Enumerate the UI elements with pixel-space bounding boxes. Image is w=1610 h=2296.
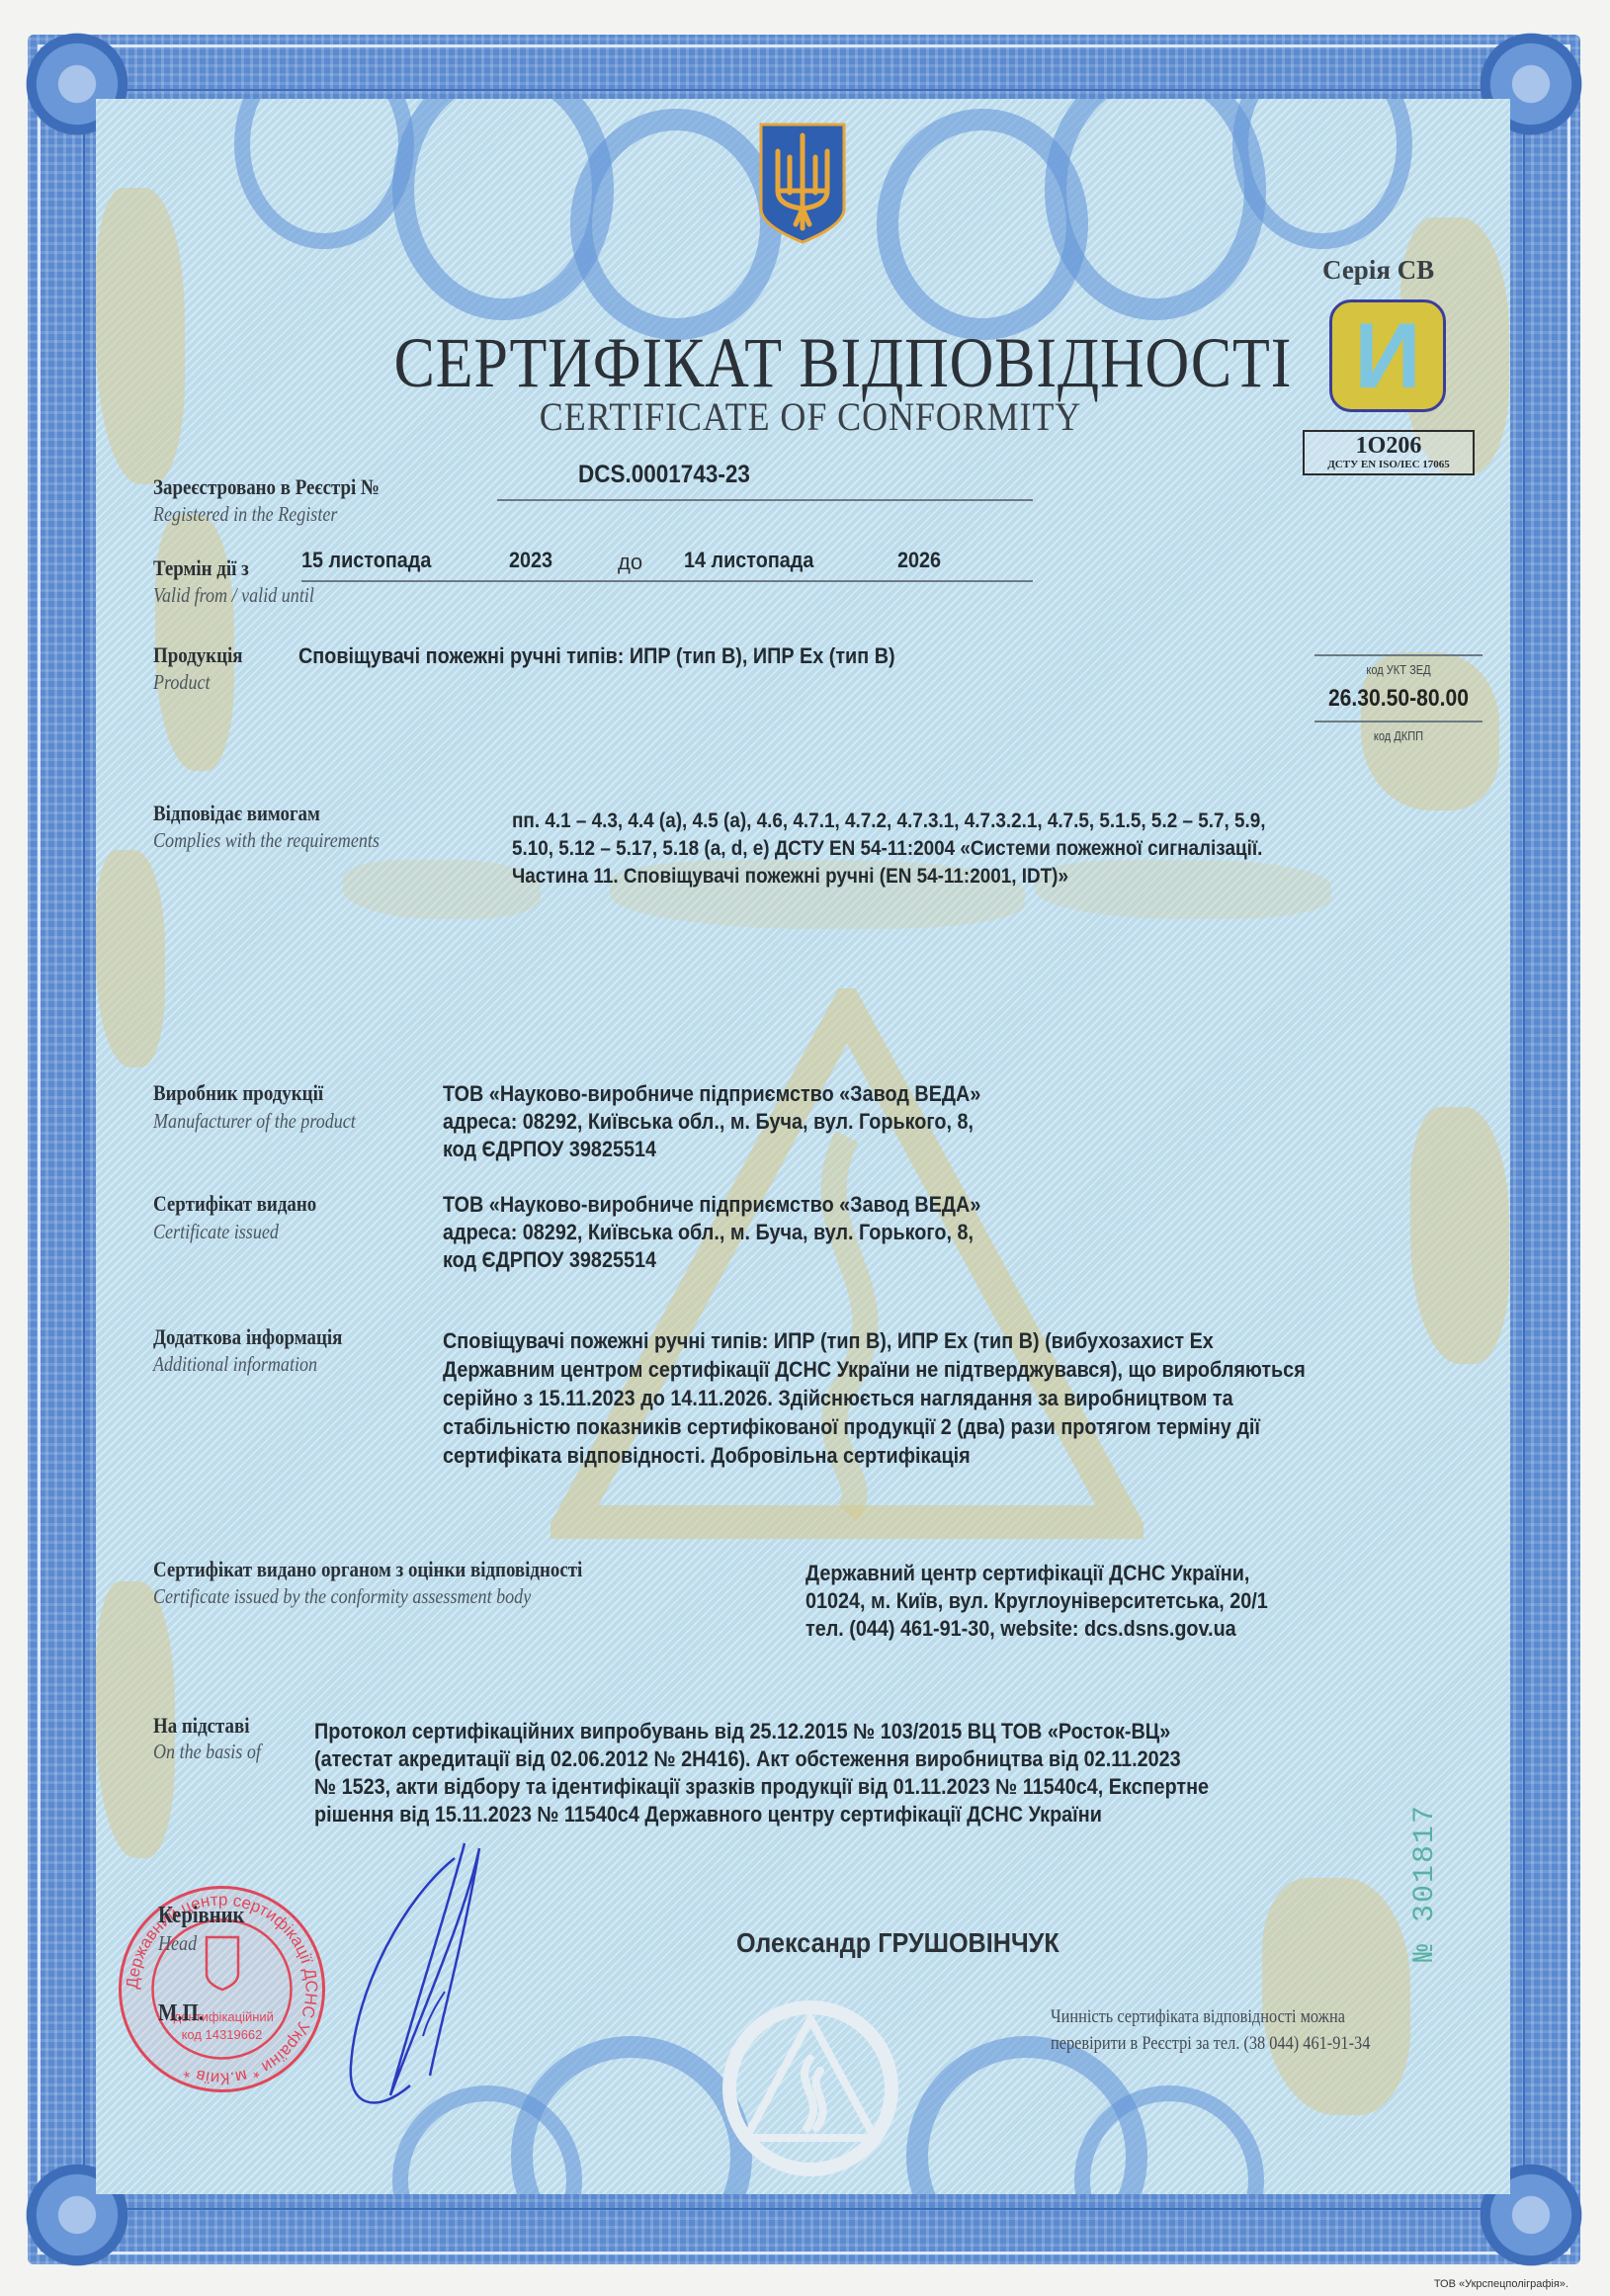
- basis-line: № 1523, акти відбору та ідентифікації зр…: [314, 1773, 1209, 1801]
- blank-serial-number: № 301817: [1408, 1804, 1442, 1962]
- verification-note-line: Чинність сертифіката відповідності можна: [1051, 2003, 1370, 2030]
- manufacturer-text: ТОВ «Науково-виробниче підприємство «Зав…: [443, 1080, 1041, 1163]
- issued-to-label-en: Certificate issued: [153, 1220, 279, 1244]
- issued-to-address: адреса: 08292, Київська обл., м. Буча, в…: [443, 1219, 980, 1246]
- additional-label-uk: Додаткова інформація: [153, 1324, 342, 1350]
- background-pattern: [96, 188, 185, 484]
- body-label-en: Certificate issued by the conformity ass…: [153, 1584, 531, 1609]
- product-code-box: код УКТ ЗЕД 26.30.50-80.00 код ДКПП: [1314, 654, 1483, 743]
- additional-line: стабільністю показників сертифікованої п…: [443, 1412, 1306, 1441]
- valid-until-year: 2026: [897, 547, 941, 574]
- accreditation-standard: ДСТУ EN ISO/IEC 17065: [1305, 458, 1473, 471]
- valid-until-date: 14 листопада: [684, 547, 813, 574]
- product-code: 26.30.50-80.00: [1324, 685, 1473, 713]
- product-label-en: Product: [153, 670, 211, 695]
- basis-line: Протокол сертифікаційних випробувань від…: [314, 1718, 1209, 1745]
- validity-label-uk: Термін дії з: [153, 555, 249, 581]
- manufacturer-label-en: Manufacturer of the product: [153, 1109, 356, 1134]
- certificate-title-uk: СЕРТИФІКАТ ВІДПОВІДНОСТІ: [394, 322, 1228, 404]
- background-pattern: [1262, 1878, 1410, 2115]
- body-label-uk: Сертифікат видано органом з оцінки відпо…: [153, 1557, 582, 1582]
- verification-note-line: перевірити в Реєстрі за тел. (38 044) 46…: [1051, 2030, 1370, 2057]
- background-pattern: [343, 860, 541, 919]
- requirements-line: 5.10, 5.12 – 5.17, 5.18 (a, d, e) ДСТУ E…: [512, 835, 1266, 863]
- body-address: 01024, м. Київ, вул. Круглоуніверситетсь…: [805, 1587, 1268, 1615]
- verification-note: Чинність сертифіката відповідності можна…: [1051, 2003, 1370, 2057]
- code-rule-top: [1314, 654, 1483, 656]
- manufacturer-name: ТОВ «Науково-виробниче підприємство «Зав…: [443, 1080, 980, 1108]
- basis-label-uk: На підставі: [153, 1713, 250, 1739]
- head-name: Олександр ГРУШОВІНЧУК: [736, 1927, 1059, 1959]
- validity-underline: [301, 580, 1033, 582]
- top-ornament: [234, 99, 414, 249]
- issued-to-code: код ЄДРПОУ 39825514: [443, 1246, 980, 1274]
- background-pattern: [1410, 1107, 1509, 1364]
- validity-label-en: Valid from / valid until: [153, 583, 314, 608]
- requirements-text: пп. 4.1 – 4.3, 4.4 (а), 4.5 (а), 4.6, 4.…: [512, 808, 1349, 891]
- registry-underline: [497, 499, 1033, 501]
- additional-line: Сповіщувачі пожежні ручні типів: ИПР (ти…: [443, 1326, 1306, 1355]
- printer-credit: ТОВ «Укрспецполіграфія».: [1434, 2278, 1568, 2290]
- certification-mark-letter: И: [1354, 302, 1421, 409]
- requirements-line: пп. 4.1 – 4.3, 4.4 (а), 4.5 (а), 4.6, 4.…: [512, 808, 1266, 835]
- stamp-inner-text-2: код 14319662: [182, 2027, 263, 2042]
- additional-text: Сповіщувачі пожежні ручні типів: ИПР (ти…: [443, 1326, 1401, 1470]
- dsns-emblem-icon: [712, 1990, 909, 2187]
- requirements-line: Частина 11. Сповіщувачі пожежні ручні (E…: [512, 863, 1266, 891]
- basis-text: Протокол сертифікаційних випробувань від…: [314, 1718, 1309, 1828]
- signature-icon: [316, 1838, 534, 2135]
- requirements-label-en: Complies with the requirements: [153, 828, 380, 853]
- code-rule-bottom: [1314, 721, 1483, 723]
- body-name: Державний центр сертифікації ДСНС Україн…: [805, 1560, 1268, 1587]
- basis-line: рішення від 15.11.2023 № 11540с4 Державн…: [314, 1801, 1209, 1828]
- top-ornament: [570, 109, 782, 340]
- certification-mark-logo: И: [1329, 299, 1446, 412]
- valid-from-date: 15 листопада: [301, 547, 431, 574]
- body-contact: тел. (044) 461-91-30, website: dcs.dsns.…: [805, 1615, 1268, 1643]
- registry-number: DCS.0001743-23: [578, 461, 750, 488]
- product-value: Сповіщувачі пожежні ручні типів: ИПР (ти…: [298, 642, 895, 670]
- additional-line: серійно з 15.11.2023 до 14.11.2026. Здій…: [443, 1384, 1306, 1412]
- background-pattern: [96, 850, 165, 1067]
- additional-label-en: Additional information: [153, 1352, 317, 1377]
- manufacturer-label-uk: Виробник продукції: [153, 1080, 323, 1106]
- head-label-en: Head: [158, 1931, 197, 1956]
- accreditation-number: 1O206: [1305, 434, 1473, 458]
- manufacturer-code: код ЄДРПОУ 39825514: [443, 1136, 980, 1163]
- validity-separator: до: [618, 550, 642, 575]
- product-label-uk: Продукція: [153, 642, 242, 668]
- issued-to-name: ТОВ «Науково-виробниче підприємство «Зав…: [443, 1191, 980, 1219]
- head-label-uk: Керівник: [158, 1903, 244, 1929]
- certificate-title-en: CERTIFICATE OF CONFORMITY: [375, 393, 1246, 440]
- valid-from-year: 2023: [509, 547, 552, 574]
- body-text: Державний центр сертифікації ДСНС Україн…: [805, 1560, 1319, 1643]
- basis-label-en: On the basis of: [153, 1740, 261, 1764]
- issued-to-text: ТОВ «Науково-виробниче підприємство «Зав…: [443, 1191, 1041, 1274]
- registry-label-en: Registered in the Register: [153, 502, 337, 527]
- basis-line: (атестат акредитації від 02.06.2012 № 2Н…: [314, 1745, 1209, 1773]
- series-label: Серія СВ: [1322, 255, 1434, 286]
- additional-line: сертифіката відповідності. Добровільна с…: [443, 1441, 1306, 1470]
- code-dkpp-label: код ДКПП: [1327, 728, 1471, 743]
- accreditation-box: 1O206 ДСТУ EN ISO/IEC 17065: [1303, 430, 1475, 475]
- coat-of-arms-icon: [758, 122, 847, 245]
- issued-to-label-uk: Сертифікат видано: [153, 1191, 316, 1217]
- manufacturer-address: адреса: 08292, Київська обл., м. Буча, в…: [443, 1108, 980, 1136]
- code-ukt-zed-label: код УКТ ЗЕД: [1327, 662, 1471, 677]
- additional-line: Державним центром сертифікації ДСНС Укра…: [443, 1355, 1306, 1384]
- seal-label: М.П.: [158, 2000, 204, 2027]
- registry-label-uk: Зареєстровано в Реєстрі №: [153, 474, 380, 500]
- requirements-label-uk: Відповідає вимогам: [153, 801, 320, 826]
